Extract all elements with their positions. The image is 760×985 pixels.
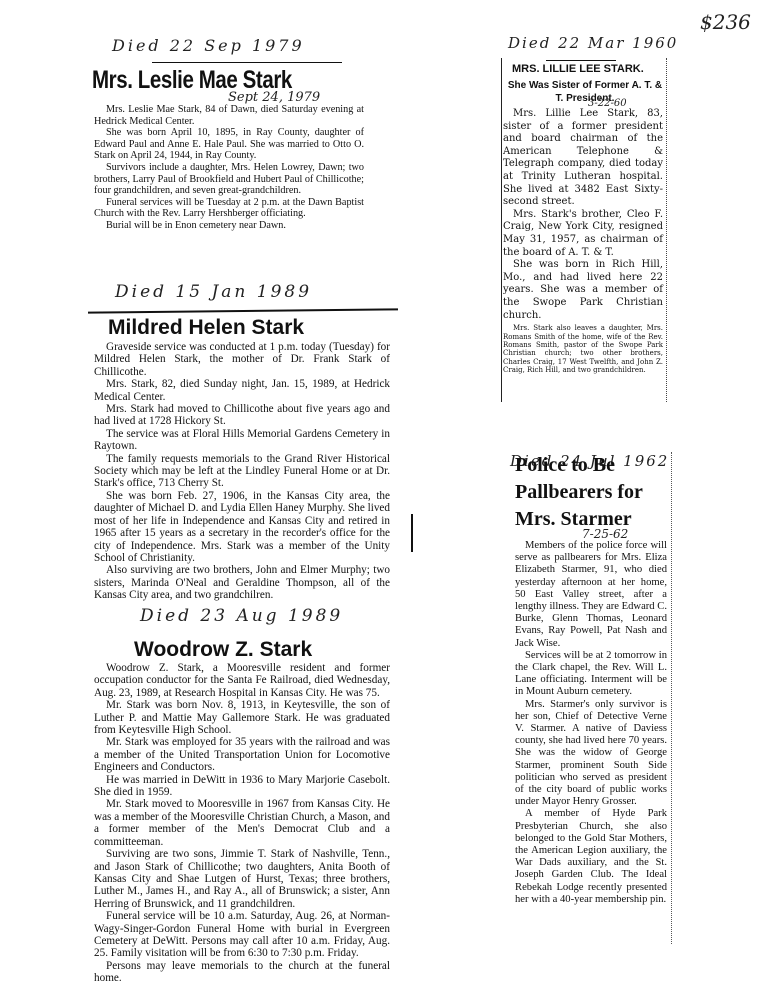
obituary-body: Mrs. Leslie Mae Stark, 84 of Dawn, died … bbox=[94, 104, 364, 232]
small-print-paragraph: Mrs. Stark also leaves a daughter, Mrs. … bbox=[503, 324, 663, 374]
paragraph: Members of the police force will serve a… bbox=[515, 540, 667, 650]
paragraph: Persons may leave memorials to the churc… bbox=[94, 960, 390, 985]
handwritten-death-date: Died 23 Aug 1989 bbox=[140, 606, 343, 626]
paragraph: Mrs. Starmer's only survivor is her son,… bbox=[515, 699, 667, 809]
paragraph: Woodrow Z. Stark, a Mooresville resident… bbox=[94, 662, 390, 699]
headline-line: Pallbearers for bbox=[515, 479, 643, 506]
headline-line: Police to Be bbox=[515, 452, 643, 479]
paragraph: Mr. Stark moved to Mooresville in 1967 f… bbox=[94, 798, 390, 848]
paragraph: Also surviving are two brothers, John an… bbox=[94, 564, 390, 601]
paragraph: She was born in Rich Hill, Mo., and had … bbox=[503, 259, 663, 322]
handwritten-death-date: Died 15 Jan 1989 bbox=[115, 282, 312, 302]
divider-line bbox=[88, 308, 398, 313]
obituary-body: Graveside service was conducted at 1 p.m… bbox=[94, 341, 390, 602]
paragraph: Graveside service was conducted at 1 p.m… bbox=[94, 341, 390, 378]
paragraph: He was married in DeWitt in 1936 to Mary… bbox=[94, 774, 390, 799]
paragraph: She was born Feb. 27, 1906, in the Kansa… bbox=[94, 490, 390, 564]
obituary-body: Woodrow Z. Stark, a Mooresville resident… bbox=[94, 662, 390, 985]
handwritten-date-note: Sept 24, 1979 bbox=[228, 90, 320, 105]
obituary-headline: Mildred Helen Stark bbox=[108, 316, 304, 340]
obituary-headline: Police to Be Pallbearers for Mrs. Starme… bbox=[515, 452, 643, 533]
obituary-subheadline: She Was Sister of Former A. T. & T. Pres… bbox=[505, 79, 665, 105]
page-number-annotation: $236 bbox=[700, 10, 751, 34]
paragraph: Surviving are two sons, Jimmie T. Stark … bbox=[94, 848, 390, 910]
paragraph: A member of Hyde Park Presbyterian Churc… bbox=[515, 808, 667, 906]
handwritten-death-date: Died 22 Sep 1979 bbox=[112, 36, 305, 55]
paragraph: Survivors include a daughter, Mrs. Helen… bbox=[94, 162, 364, 197]
paragraph: Mrs. Stark, 82, died Sunday night, Jan. … bbox=[94, 378, 390, 403]
obituary-body: Members of the police force will serve a… bbox=[515, 540, 667, 906]
paragraph: The family requests memorials to the Gra… bbox=[94, 453, 390, 490]
obituary-headline: MRS. LILLIE LEE STARK. bbox=[512, 63, 644, 75]
obituary-body: Mrs. Lillie Lee Stark, 83, sister of a f… bbox=[503, 108, 663, 375]
paragraph: Mr. Stark was employed for 35 years with… bbox=[94, 736, 390, 773]
paragraph: The service was at Floral Hills Memorial… bbox=[94, 428, 390, 453]
paragraph: Mr. Stark was born Nov. 8, 1913, in Keyt… bbox=[94, 699, 390, 736]
paragraph: Mrs. Lillie Lee Stark, 83, sister of a f… bbox=[503, 108, 663, 209]
paragraph: Services will be at 2 tomorrow in the Cl… bbox=[515, 650, 667, 699]
paragraph: Mrs. Leslie Mae Stark, 84 of Dawn, died … bbox=[94, 104, 364, 127]
paragraph: Funeral services will be Tuesday at 2 p.… bbox=[94, 197, 364, 220]
handwritten-death-date: Died 22 Mar 1960 bbox=[508, 34, 678, 52]
paragraph: She was born April 10, 1895, in Ray Coun… bbox=[94, 127, 364, 162]
column-edge bbox=[671, 452, 673, 944]
paragraph: Burial will be in Enon cemetery near Daw… bbox=[94, 220, 364, 232]
top-rule bbox=[546, 60, 616, 61]
paragraph: Funeral service will be 10 a.m. Saturday… bbox=[94, 910, 390, 960]
divider-line bbox=[152, 62, 342, 63]
handwritten-date-note: 7-25-62 bbox=[582, 527, 628, 541]
paragraph: Mrs. Stark had moved to Chillicothe abou… bbox=[94, 403, 390, 428]
obituary-headline: Woodrow Z. Stark bbox=[134, 638, 312, 662]
clipping-edge bbox=[411, 514, 413, 552]
paragraph: Mrs. Stark's brother, Cleo F. Craig, New… bbox=[503, 209, 663, 259]
